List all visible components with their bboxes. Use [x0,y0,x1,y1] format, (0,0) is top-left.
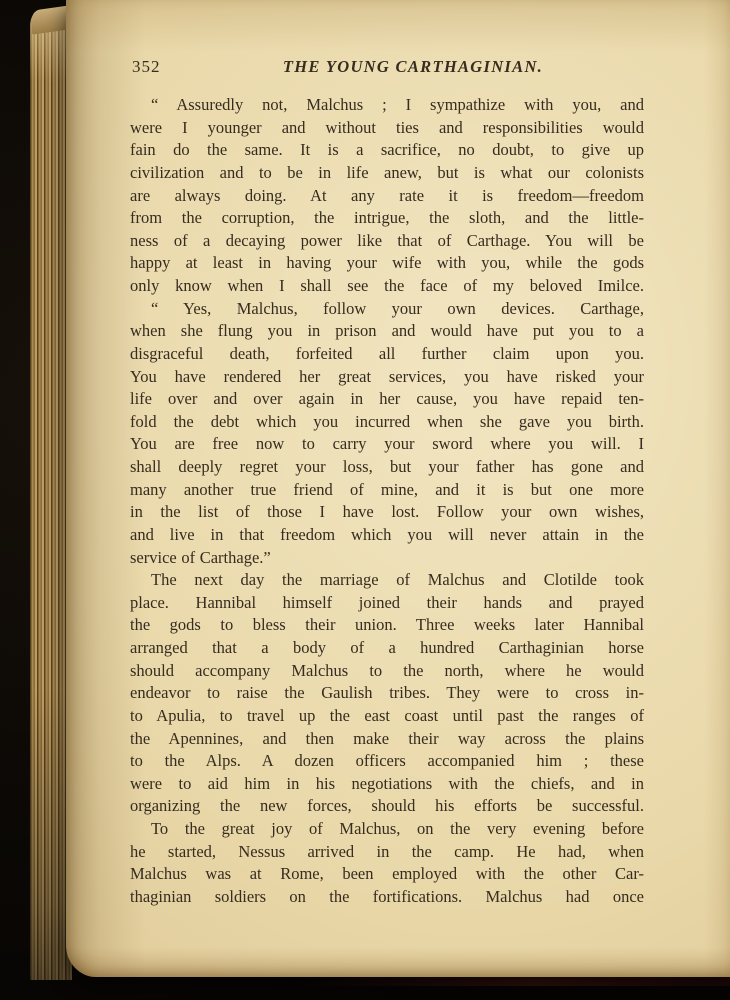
text-line: The next day the marriage of Malchus and… [130,569,644,592]
text-line: disgraceful death, forfeited all further… [130,343,644,366]
text-line: many another true friend of mine, and it… [130,479,644,502]
text-line: organizing the new forces, should his ef… [130,795,644,818]
text-body: “ Assuredly not, Malchus ; I sympathize … [130,94,644,909]
text-line: arranged that a body of a hundred Cartha… [130,637,644,660]
text-line: he started, Nessus arrived in the camp. … [130,841,644,864]
text-line: life over and over again in her cause, y… [130,388,644,411]
text-line: ness of a decaying power like that of Ca… [130,230,644,253]
page-content: 352 THE YOUNG CARTHAGINIAN. “ Assuredly … [130,57,644,909]
text-line: Malchus was at Rome, been employed with … [130,863,644,886]
text-line: fain do the same. It is a sacrifice, no … [130,139,644,162]
text-line: civilization and to be in life anew, but… [130,162,644,185]
paragraph: “ Assuredly not, Malchus ; I sympathize … [130,94,644,298]
text-line: shall deeply regret your loss, but your … [130,456,644,479]
text-line: You have rendered her great services, yo… [130,366,644,389]
paragraph: “ Yes, Malchus, follow your own devices.… [130,298,644,570]
text-line: in the list of those I have lost. Follow… [130,501,644,524]
text-line: service of Carthage.” [130,547,644,570]
book-scan-scene: 352 THE YOUNG CARTHAGINIAN. “ Assuredly … [0,0,730,1000]
page-number: 352 [132,57,161,77]
book-cover-edge [300,977,730,986]
text-line: fold the debt which you incurred when sh… [130,411,644,434]
running-head: 352 THE YOUNG CARTHAGINIAN. [130,57,644,77]
paragraph: The next day the marriage of Malchus and… [130,569,644,818]
text-line: are always doing. At any rate it is free… [130,185,644,208]
book-page: 352 THE YOUNG CARTHAGINIAN. “ Assuredly … [66,0,730,977]
text-line: You are free now to carry your sword whe… [130,433,644,456]
text-line: place. Hannibal himself joined their han… [130,592,644,615]
text-line: should accompany Malchus to the north, w… [130,660,644,683]
text-line: to Apulia, to travel up the east coast u… [130,705,644,728]
text-line: endeavor to raise the Gaulish tribes. Th… [130,682,644,705]
running-title: THE YOUNG CARTHAGINIAN. [283,57,543,77]
text-line: were I younger and without ties and resp… [130,117,644,140]
text-line: and live in that freedom which you will … [130,524,644,547]
text-line: from the corruption, the intrigue, the s… [130,207,644,230]
text-line: when she flung you in prison and would h… [130,320,644,343]
text-line: “ Yes, Malchus, follow your own devices.… [130,298,644,321]
paragraph: To the great joy of Malchus, on the very… [130,818,644,909]
text-line: To the great joy of Malchus, on the very… [130,818,644,841]
text-line: only know when I shall see the face of m… [130,275,644,298]
text-line: happy at least in having your wife with … [130,252,644,275]
text-line: “ Assuredly not, Malchus ; I sympathize … [130,94,644,117]
text-line: were to aid him in his negotiations with… [130,773,644,796]
text-line: the gods to bless their union. Three wee… [130,614,644,637]
text-line: to the Alps. A dozen officers accompanie… [130,750,644,773]
text-line: thaginian soldiers on the fortifications… [130,886,644,909]
text-line: the Apennines, and then make their way a… [130,728,644,751]
